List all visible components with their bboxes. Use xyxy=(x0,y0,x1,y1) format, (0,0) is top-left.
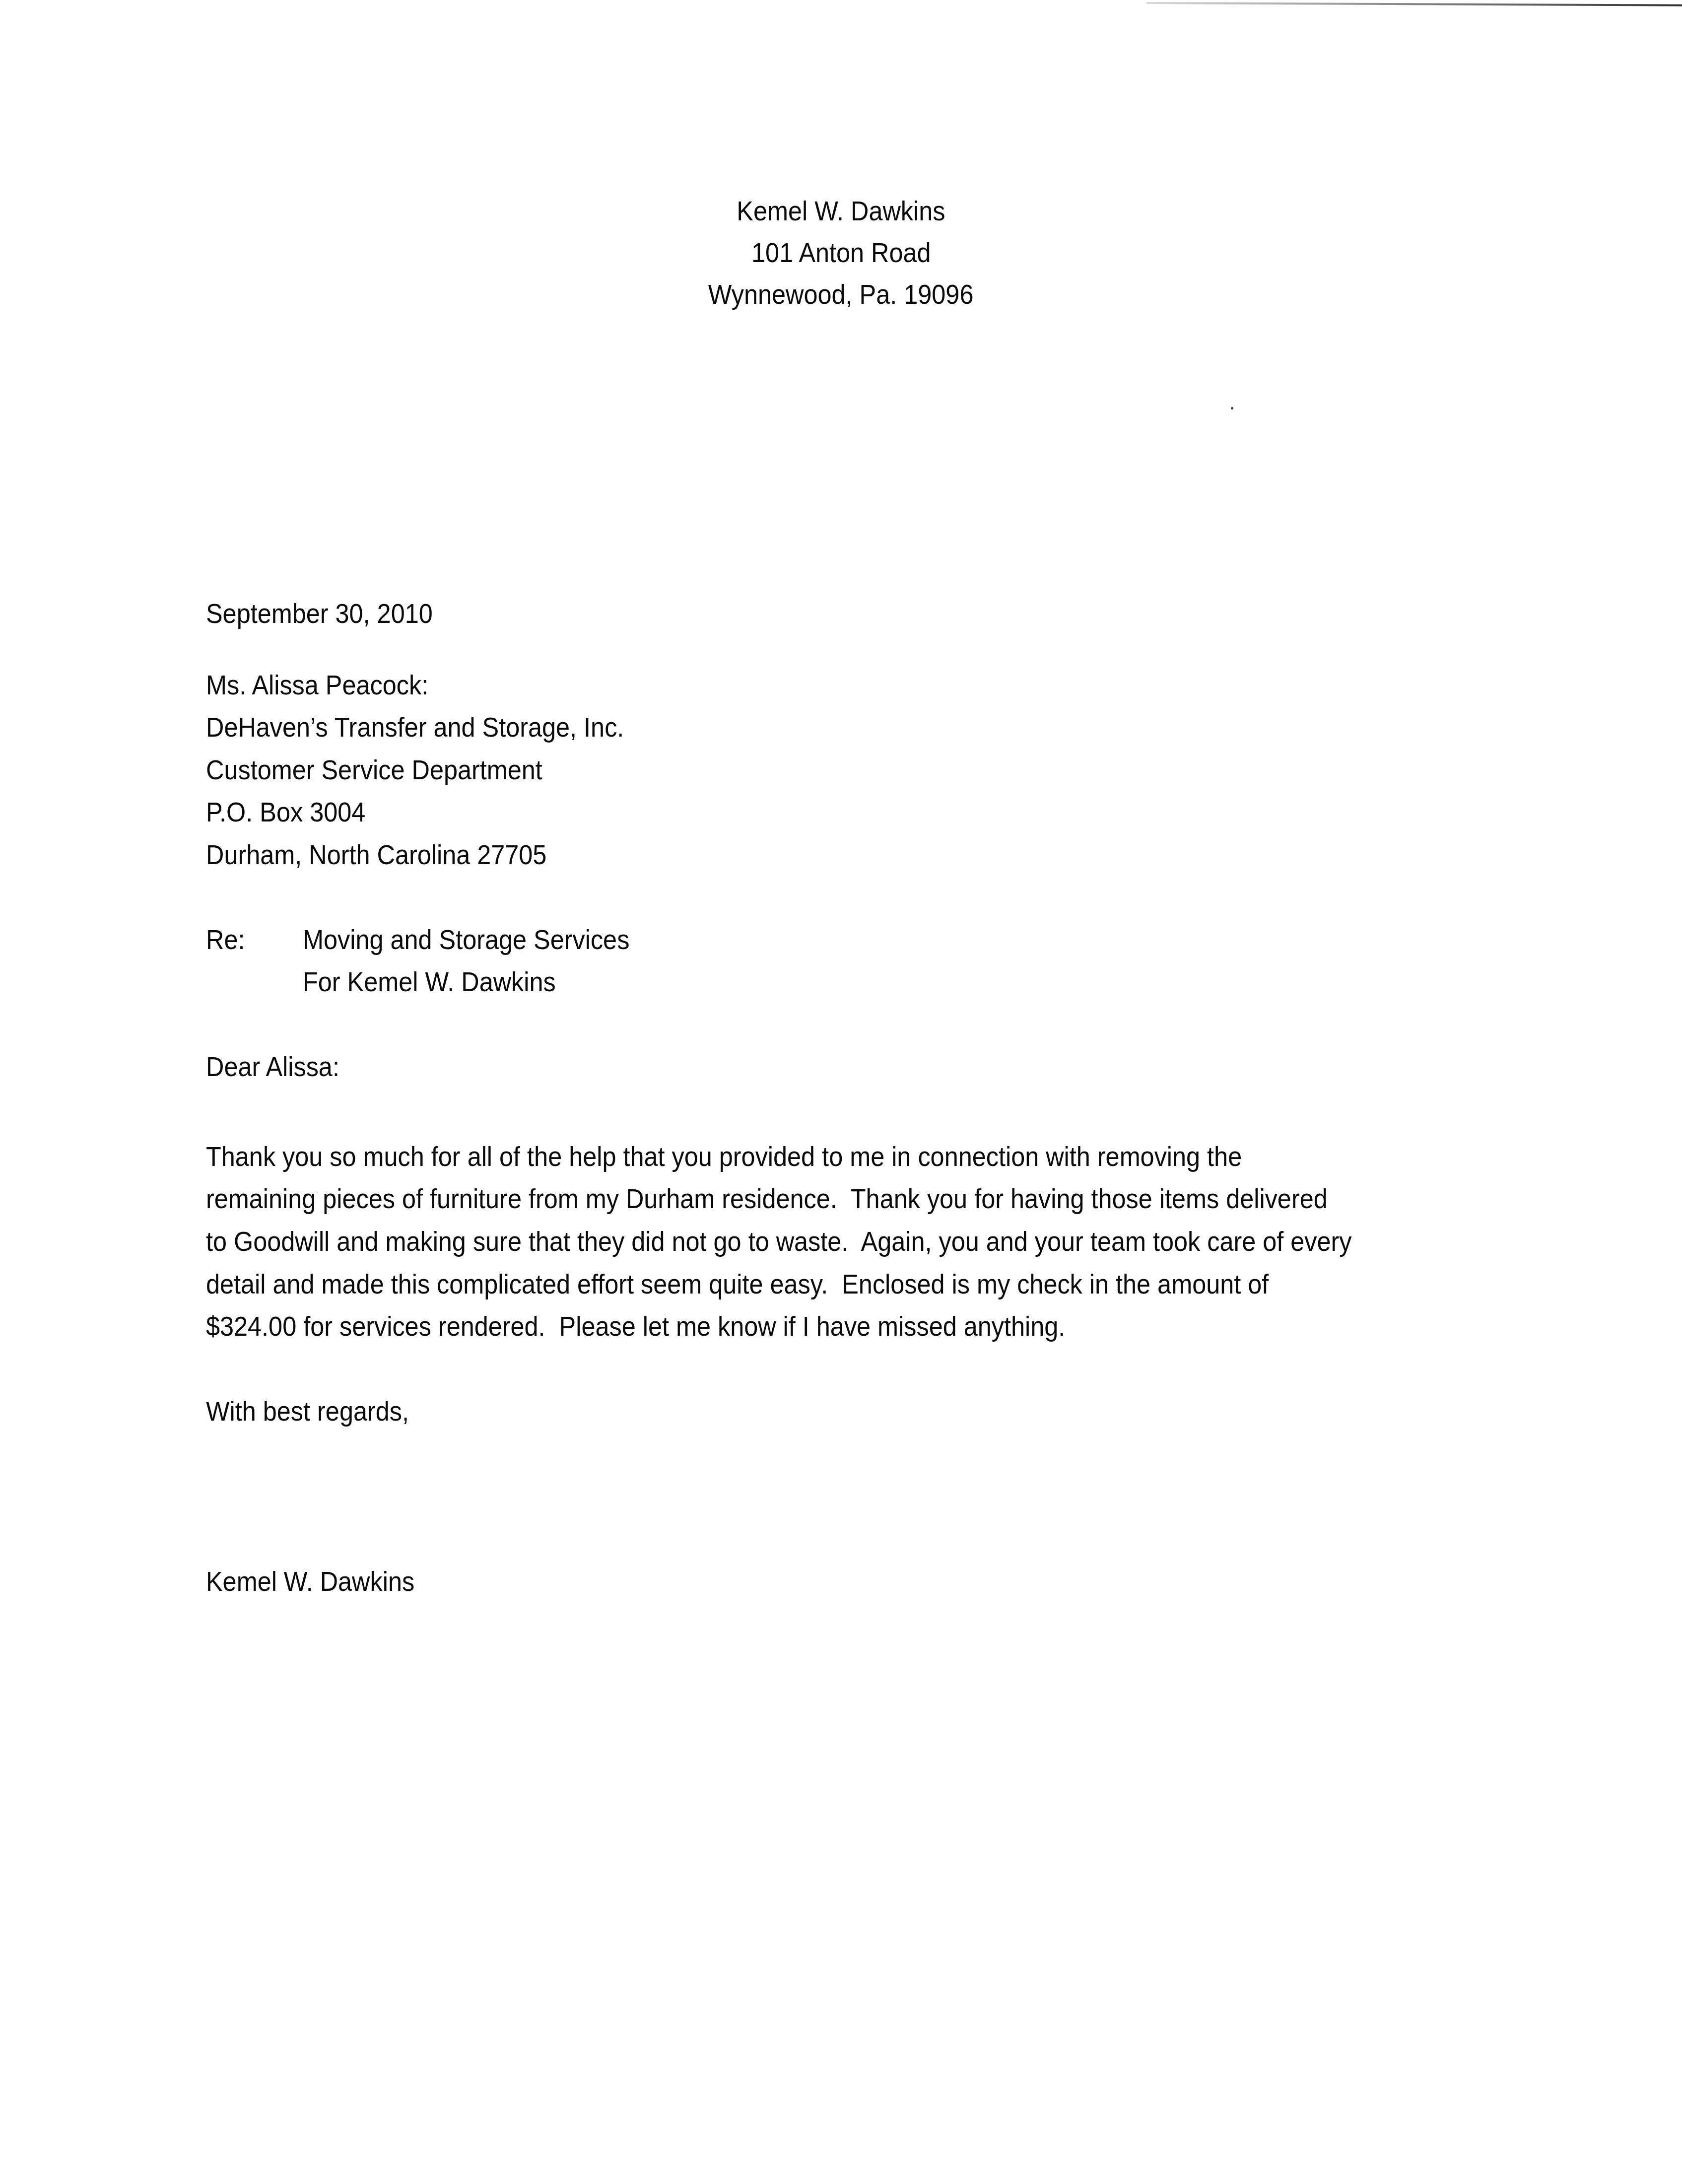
body-line: $324.00 for services rendered. Please le… xyxy=(206,1305,1065,1348)
body-line: to Goodwill and making sure that they di… xyxy=(206,1220,1352,1263)
body-line: Thank you so much for all of the help th… xyxy=(206,1135,1242,1178)
body-line: detail and made this complicated effort … xyxy=(206,1263,1269,1305)
scan-speck xyxy=(1231,407,1233,409)
letter-date: September 30, 2010 xyxy=(206,592,433,635)
recipient-department: Customer Service Department xyxy=(206,749,542,791)
greeting: Dear Alissa: xyxy=(206,1045,339,1088)
letter-page: Kemel W. Dawkins 101 Anton Road Wynnewoo… xyxy=(0,0,1682,2184)
re-subject-line2: For Kemel W. Dawkins xyxy=(303,960,556,1003)
recipient-po-box: P.O. Box 3004 xyxy=(206,791,365,833)
signature-name: Kemel W. Dawkins xyxy=(206,1560,414,1603)
recipient-city: Durham, North Carolina 27705 xyxy=(206,833,546,876)
closing: With best regards, xyxy=(206,1390,409,1433)
re-subject-line1: Moving and Storage Services xyxy=(303,918,629,961)
body-line: remaining pieces of furniture from my Du… xyxy=(206,1177,1328,1220)
sender-city: Wynnewood, Pa. 19096 xyxy=(0,273,1682,316)
sender-street: 101 Anton Road xyxy=(0,231,1682,274)
recipient-name: Ms. Alissa Peacock: xyxy=(206,664,428,706)
re-label: Re: xyxy=(206,918,245,961)
scan-artifact-line xyxy=(1146,2,1682,6)
recipient-company: DeHaven’s Transfer and Storage, Inc. xyxy=(206,706,624,749)
sender-name: Kemel W. Dawkins xyxy=(0,190,1682,232)
